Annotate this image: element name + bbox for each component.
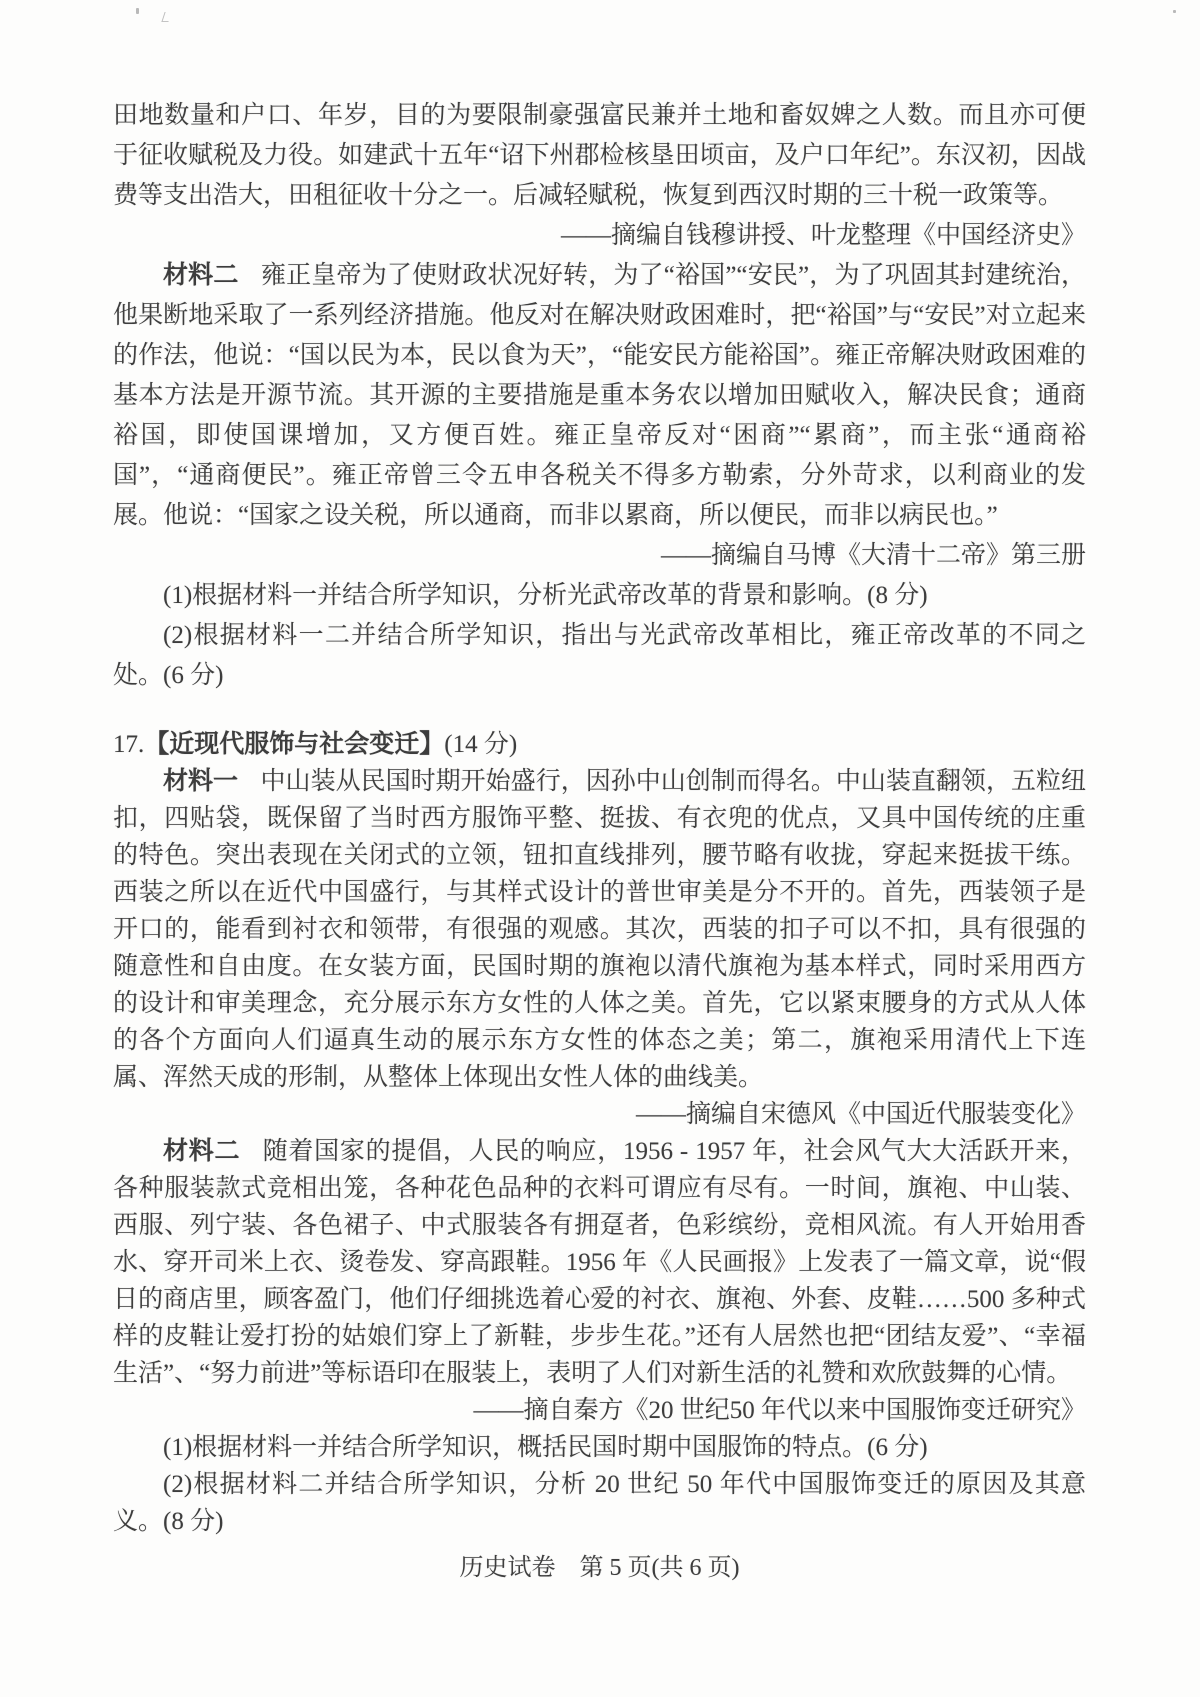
q17-score: (14 分) — [444, 731, 517, 758]
q17-title: 【近现代服饰与社会变迁】 — [144, 731, 444, 758]
question-16-section: 田地数量和户口、年岁，目的为要限制豪强富民兼并土地和畜奴婢之人数。而且亦可便于征… — [113, 96, 1086, 696]
q17-material1-text: 中山装从民国时期开始盛行，因孙中山创制而得名。中山装直翻领，五粒纽扣，四贴袋，既… — [113, 768, 1086, 1091]
q17-material2-label: 材料二 — [163, 1138, 240, 1165]
question-17-section: 17.【近现代服饰与社会变迁】(14 分) 材料一中山装从民国时期开始盛行，因孙… — [113, 726, 1086, 1540]
q17-subquestion-2: (2)根据材料二并结合所学知识，分析 20 世纪 50 年代中国服饰变迁的原因及… — [113, 1466, 1086, 1540]
q16-material1-citation: ——摘编自钱穆讲授、叶龙整理《中国经济史》 — [113, 216, 1086, 256]
page-content: 田地数量和户口、年岁，目的为要限制豪强富民兼并土地和畜奴婢之人数。而且亦可便于征… — [113, 0, 1086, 1587]
q16-material2-citation: ——摘编自马博《大清十二帝》第三册 — [113, 536, 1086, 576]
q17-material2-text: 随着国家的提倡，人民的响应，1956 - 1957 年，社会风气大大活跃开来，各… — [113, 1138, 1086, 1387]
q17-material2-citation: ——摘自秦方《20 世纪50 年代以来中国服饰变迁研究》 — [113, 1392, 1086, 1429]
q17-heading: 17.【近现代服饰与社会变迁】(14 分) — [113, 726, 1086, 763]
q16-subquestion-1: (1)根据材料一并结合所学知识，分析光武帝改革的背景和影响。(8 分) — [113, 576, 1086, 616]
q17-material2-paragraph: 材料二随着国家的提倡，人民的响应，1956 - 1957 年，社会风气大大活跃开… — [113, 1133, 1086, 1392]
page-footer: 历史试卷 第 5 页(共 6 页) — [113, 1550, 1086, 1587]
q17-subquestion-1: (1)根据材料一并结合所学知识，概括民国时期中国服饰的特点。(6 分) — [113, 1429, 1086, 1466]
q17-number: 17. — [113, 731, 144, 758]
scanned-exam-page: { "page": { "footer": "历史试卷 第 5 页(共 6 页)… — [0, 0, 1200, 1697]
q17-material1-citation: ——摘编自宋德风《中国近代服装变化》 — [113, 1096, 1086, 1133]
q16-material2-label: 材料二 — [163, 262, 239, 289]
q17-material1-paragraph: 材料一中山装从民国时期开始盛行，因孙中山创制而得名。中山装直翻领，五粒纽扣，四贴… — [113, 763, 1086, 1096]
q16-material2-text: 雍正皇帝为了使财政状况好转，为了“裕国”“安民”，为了巩固其封建统治，他果断地采… — [113, 262, 1086, 529]
scan-artifact — [1173, 10, 1176, 13]
q16-subquestion-2: (2)根据材料一二并结合所学知识，指出与光武帝改革相比，雍正帝改革的不同之处。(… — [113, 616, 1086, 696]
q16-material2-paragraph: 材料二雍正皇帝为了使财政状况好转，为了“裕国”“安民”，为了巩固其封建统治，他果… — [113, 256, 1086, 536]
q17-material1-label: 材料一 — [163, 768, 238, 795]
q16-material1-text: 田地数量和户口、年岁，目的为要限制豪强富民兼并土地和畜奴婢之人数。而且亦可便于征… — [113, 96, 1086, 216]
